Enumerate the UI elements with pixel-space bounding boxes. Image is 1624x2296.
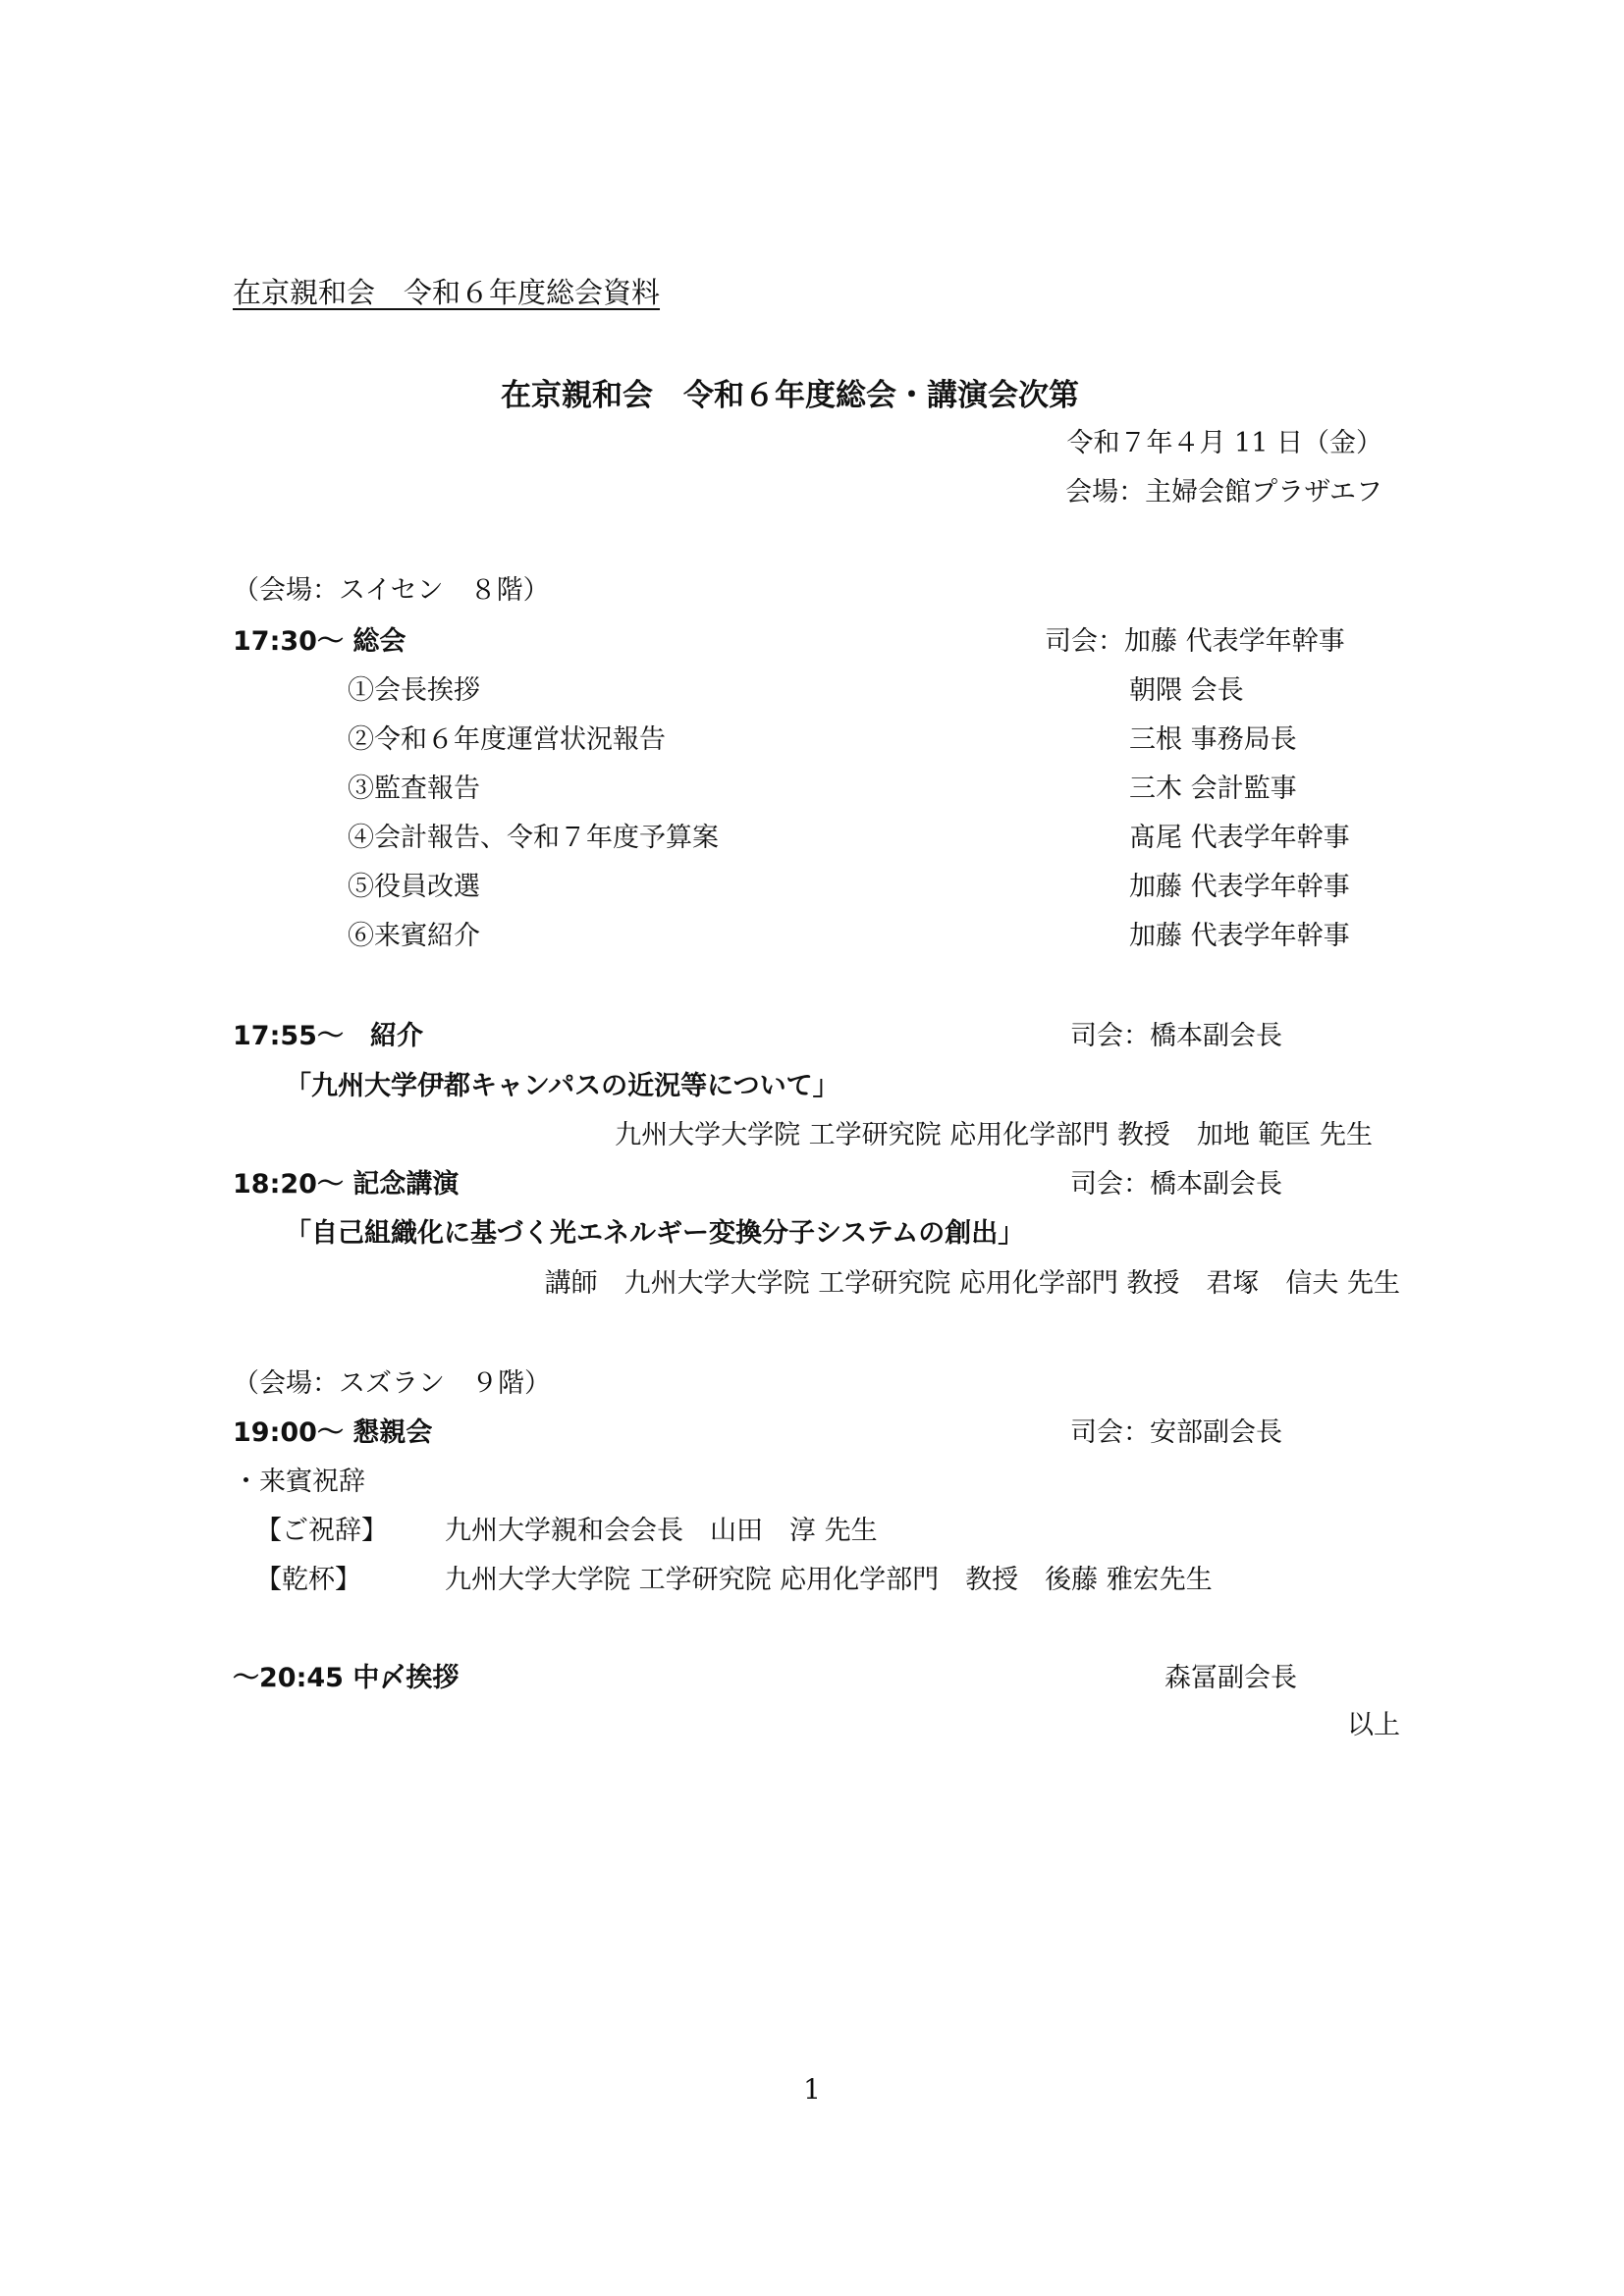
document-title: 在京親和会 令和６年度総会・講演会次第: [501, 381, 1079, 411]
closing-person: 森冨副会長: [1164, 1665, 1297, 1691]
section-time-title: ～20:45 中〆挨拶: [233, 1665, 459, 1691]
event-date: 令和７年４月 11 日（金）: [884, 430, 1382, 456]
event-venue: 会場：主婦会館プラザエフ: [884, 479, 1382, 506]
moderator: 司会：橋本副会長: [1070, 1023, 1282, 1049]
room-label: （会場：スイセン ８階）: [233, 577, 550, 604]
agenda-item-person: 加藤 代表学年幹事: [1129, 874, 1350, 900]
section-time-title: 17:30～ 総会: [233, 628, 406, 655]
agenda-item-label: ①会長挨拶: [348, 677, 480, 704]
toast-text: 九州大学大学院 工学研究院 応用化学部門 教授 後藤 雅宏先生: [445, 1567, 1213, 1593]
page-number: 1: [0, 2076, 1624, 2104]
greeting-text: 九州大学親和会会長 山田 淳 先生: [445, 1518, 878, 1544]
agenda-item-label: ⑥来賓紹介: [348, 923, 480, 949]
agenda-item-person: 三根 事務局長: [1129, 726, 1297, 753]
agenda-item-label: ②令和６年度運営状況報告: [348, 726, 666, 753]
section-time-title: 19:00～ 懇親会: [233, 1419, 432, 1446]
moderator: 司会：加藤 代表学年幹事: [1045, 628, 1345, 655]
section-time-title: 17:55～ 紹介: [233, 1023, 423, 1049]
room-label: （会場：スズラン ９階）: [233, 1370, 551, 1397]
lecture-topic: 「自己組織化に基づく光エネルギー変換分子システムの創出」: [285, 1220, 1024, 1247]
agenda-item-person: 髙尾 代表学年幹事: [1129, 825, 1350, 851]
section-time-title: 18:20～ 記念講演: [233, 1171, 459, 1198]
agenda-item-person: 三木 会計監事: [1129, 775, 1297, 802]
guest-speech-heading: ・来賓祝辞: [233, 1468, 365, 1495]
moderator: 司会：安部副会長: [1070, 1419, 1282, 1446]
agenda-item-label: ④会計報告、令和７年度予算案: [348, 825, 719, 851]
agenda-item-label: ⑤役員改選: [348, 874, 480, 900]
closing-mark: 以上: [1276, 1712, 1400, 1738]
greeting-tag: 【ご祝辞】: [255, 1518, 388, 1544]
document-header-label: 在京親和会 令和６年度総会資料: [233, 279, 660, 307]
lecture-speaker: 講師 九州大学大学院 工学研究院 応用化学部門 教授 君塚 信夫 先生: [393, 1270, 1400, 1297]
agenda-item-label: ③監査報告: [348, 775, 480, 802]
agenda-item-person: 加藤 代表学年幹事: [1129, 923, 1350, 949]
intro-topic: 「九州大学伊都キャンパスの近況等について」: [285, 1073, 839, 1099]
intro-speaker: 九州大学大学院 工学研究院 応用化学部門 教授 加地 範匡 先生: [393, 1122, 1373, 1148]
toast-tag: 【乾杯】: [255, 1567, 361, 1593]
agenda-item-person: 朝隈 会長: [1129, 677, 1244, 704]
moderator: 司会：橋本副会長: [1070, 1171, 1282, 1198]
